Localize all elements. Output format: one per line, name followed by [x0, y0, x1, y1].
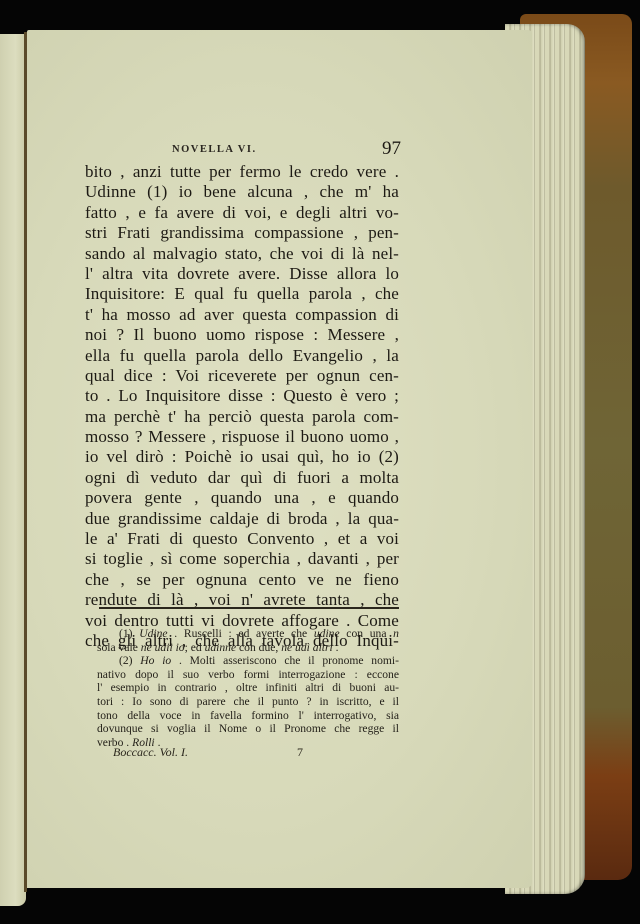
text-line: to . Lo Inquisitore disse : Questo è ver… [85, 386, 399, 406]
text-line: l' altra vita dovrete avere. Disse allor… [85, 264, 399, 284]
text-line: io vel dirò : Poichè io usai quì, ho io … [85, 447, 399, 467]
running-header: NOVELLA VI. 97 [85, 142, 399, 160]
text-line: ella fu quella parola dello Evangelio , … [85, 346, 399, 366]
text-line: le a' Frati di questo Convento , et a vo… [85, 529, 399, 549]
footnote-1-line: (1) Udine . Ruscelli : ed averte che udi… [97, 627, 399, 641]
text-line: fatto , e fa avere di voi, e degli altri… [85, 203, 399, 223]
left-page-edge [0, 34, 26, 906]
text-line: bito , anzi tutte per fermo le credo ver… [85, 162, 399, 182]
footnote-2-line: tono della voce in favella formino l' in… [97, 709, 399, 723]
text-line: povera gente , quando una , e quando [85, 488, 399, 508]
footnote-rule [99, 607, 399, 609]
text-line: ogni dì veduto dar quì di fuori a molta [85, 468, 399, 488]
footnote-2-line: l' esempio in contrario , oltre infiniti… [97, 681, 399, 695]
footnote-2-line: tori : Io sono di parere che il punto ? … [97, 695, 399, 709]
text-line: mosso ? Messere , rispuose il buono uomo… [85, 427, 399, 447]
text-line: t' ha mosso ad aver questa compassion di [85, 305, 399, 325]
text-line: stri Frati grandissima compassione , pen… [85, 223, 399, 243]
text-line: Udinne (1) io bene alcuna , che m' ha [85, 182, 399, 202]
signature-mark: Boccacc. Vol. I. [113, 745, 188, 760]
text-line: ma perchè t' ha perciò questa parola com… [85, 407, 399, 427]
book-page: NOVELLA VI. 97 bito , anzi tutte per fer… [27, 30, 532, 888]
page-number: 97 [382, 138, 401, 160]
text-line: sando al malvagio stato, che voi di là n… [85, 244, 399, 264]
text-line: qual dice : Voi riceverete per ognun cen… [85, 366, 399, 386]
footnote-2-line: (2) Ho io . Molti asseriscono che il pro… [97, 654, 399, 668]
text-line: si toglie , sì come soperchia , davanti … [85, 549, 399, 569]
footnotes: (1) Udine . Ruscelli : ed averte che udi… [97, 627, 399, 749]
body-text: bito , anzi tutte per fermo le credo ver… [85, 162, 399, 651]
text-line: due grandissime caldaje di broda , la qu… [85, 509, 399, 529]
running-title: NOVELLA VI. [172, 144, 257, 155]
footnote-2-line: dovunque si voglia il Nome o il Pronome … [97, 722, 399, 736]
text-line: noi ? Il buono uomo rispose : Messere , [85, 325, 399, 345]
signature-number: 7 [297, 745, 303, 760]
text-line: Inquisitore: E qual fu quella parola , c… [85, 284, 399, 304]
text-line: che , se per ognuna cento ve ne fieno [85, 570, 399, 590]
footnote-2-line: nativo dopo il suo verbo formi interroga… [97, 668, 399, 682]
footnote-1-line: sola vale ne udii io; ed udinne con due,… [97, 641, 399, 655]
page-content: NOVELLA VI. 97 bito , anzi tutte per fer… [85, 142, 399, 651]
